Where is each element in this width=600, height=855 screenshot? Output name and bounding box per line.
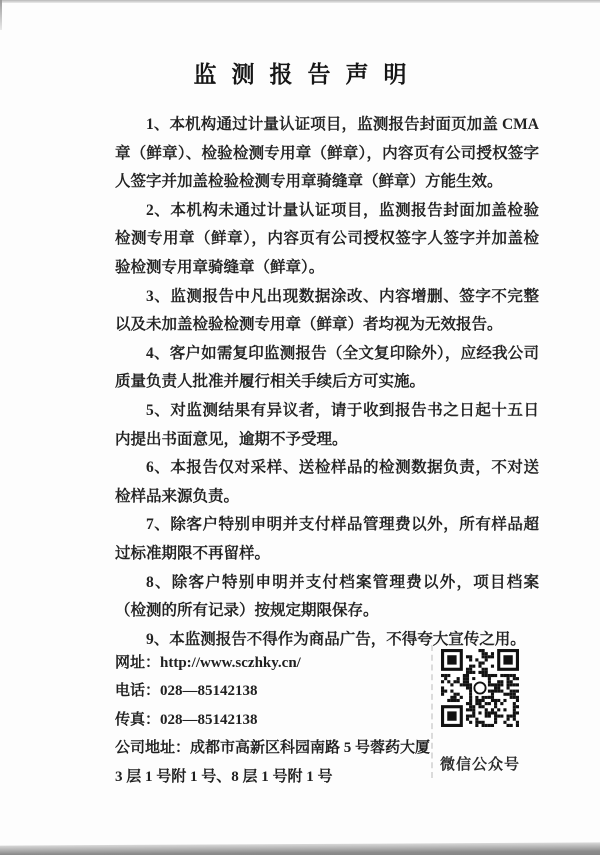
statement-paragraph-7: 7、除客户特别申明并支付样品管理费以外，所有样品超过标准期限不再留样。 [115,511,539,568]
fold-mark-line [431,645,433,778]
contact-website: 网址：http://www.sczhky.cn/ [115,649,445,677]
contact-phone: 电话：028—85142138 [115,677,445,705]
statement-paragraph-1: 1、本机构通过计量认证项目，监测报告封面页加盖 CMA 章（鲜章）、检验检测专用… [115,111,539,197]
wechat-qr-block: 微信公众号 [437,649,523,774]
contact-block: 网址：http://www.sczhky.cn/ 电话：028—85142138… [115,649,445,791]
statement-paragraph-4: 4、客户如需复印监测报告（全文复印除外），应经我公司质量负责人批准并履行相关手续… [115,340,539,397]
statement-body: 1、本机构通过计量认证项目，监测报告封面页加盖 CMA 章（鲜章）、检验检测专用… [115,111,539,654]
statement-paragraph-5: 5、对监测结果有异议者，请于收到报告书之日起十五日内提出书面意见，逾期不予受理。 [115,397,539,454]
statement-paragraph-3: 3、监测报告中凡出现数据涂改、内容增删、签字不完整以及未加盖检验检测专用章（鲜章… [115,283,539,340]
contact-address-line-2: 3 层 1 号附 1 号、8 层 1 号附 1 号 [115,763,445,791]
wechat-qr-code-icon [441,649,519,727]
page-left-edge-shadow [0,0,2,30]
contact-address-line-1: 公司地址：成都市高新区科园南路 5 号蓉药大厦 [115,734,445,762]
statement-paragraph-8: 8、除客户特别申明并支付档案管理费以外，项目档案（检测的所有记录）按规定期限保存… [115,569,539,626]
scanned-page: 监测报告声明 1、本机构通过计量认证项目，监测报告封面页加盖 CMA 章（鲜章）… [0,0,600,855]
contact-fax: 传真：028—85142138 [115,706,445,734]
statement-paragraph-2: 2、本机构未通过计量认证项目，监测报告封面加盖检验检测专用章（鲜章），内容页有公… [115,197,539,283]
page-title: 监测报告声明 [0,56,600,89]
page-top-edge-shadow [0,0,600,3]
page-bottom-edge-shadow [0,842,600,855]
wechat-qr-caption: 微信公众号 [437,753,523,774]
statement-paragraph-6: 6、本报告仅对采样、送检样品的检测数据负责，不对送检样品来源负责。 [115,454,539,511]
